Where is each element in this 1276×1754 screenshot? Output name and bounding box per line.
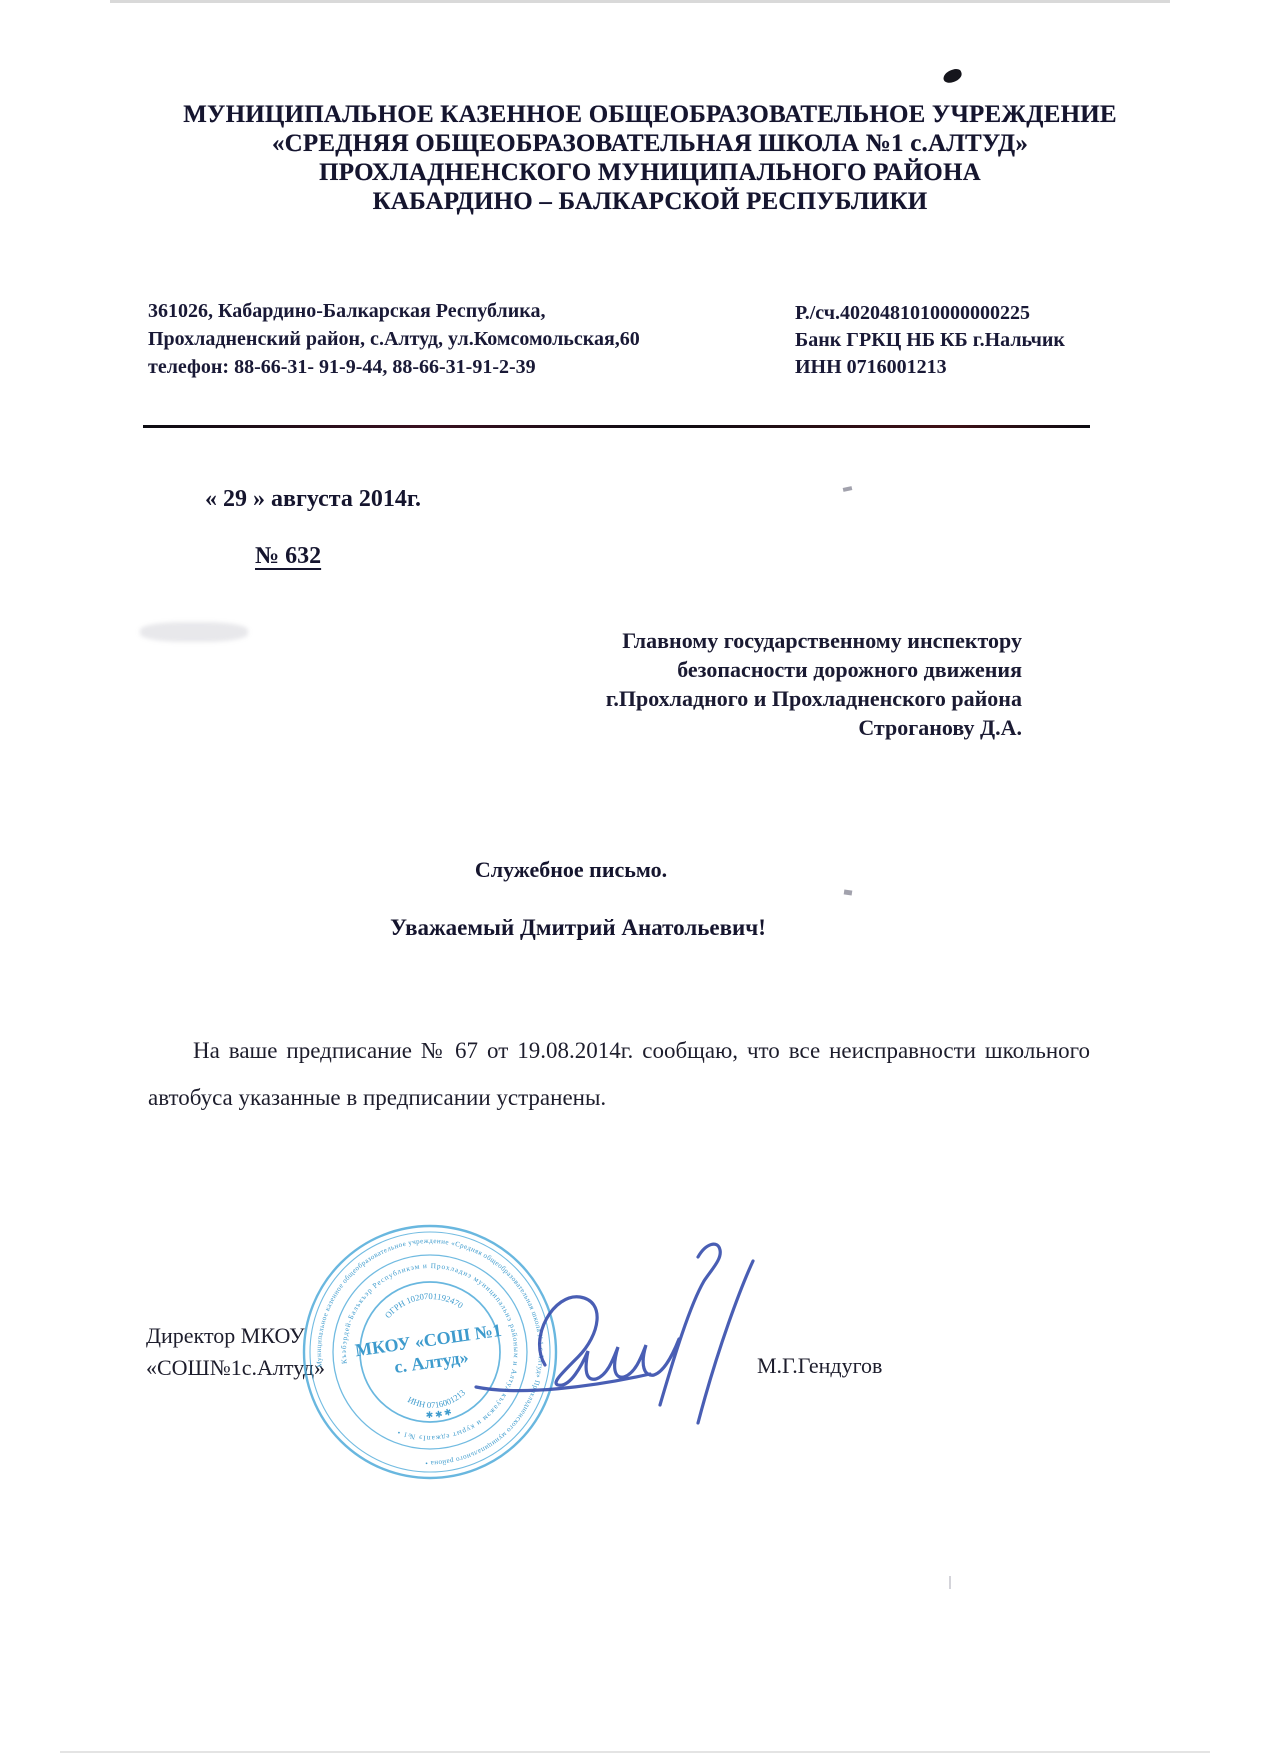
signer-title: Директор МКОУ «СОШ№1с.Алтуд» <box>146 1320 325 1384</box>
scanned-letter-page: МУНИЦИПАЛЬНОЕ КАЗЕННОЕ ОБЩЕОБРАЗОВАТЕЛЬН… <box>0 0 1276 1754</box>
signer-title-line-2: «СОШ№1с.Алтуд» <box>146 1352 325 1384</box>
letterhead-line-3: ПРОХЛАДНЕНСКОГО МУНИЦИПАЛЬНОГО РАЙОНА <box>60 158 1240 187</box>
bank-line-1: Р./сч.4020481010000000225 <box>795 300 1125 327</box>
addressee-line-4: Строганову Д.А. <box>540 713 1022 742</box>
letterhead-line-1: МУНИЦИПАЛЬНОЕ КАЗЕННОЕ ОБЩЕОБРАЗОВАТЕЛЬН… <box>60 100 1240 129</box>
signature-slash <box>698 1261 753 1423</box>
signer-name: М.Г.Гендугов <box>757 1353 882 1379</box>
scan-speck <box>949 1576 951 1589</box>
address-line-3: телефон: 88-66-31- 91-9-44, 88-66-31-91-… <box>148 353 728 381</box>
addressee-line-3: г.Прохладного и Прохладненского района <box>540 684 1022 713</box>
letter-date: « 29 » августа 2014г. <box>205 486 421 513</box>
letter-subject: Служебное письмо. <box>0 857 1142 883</box>
signer-title-line-1: Директор МКОУ <box>146 1320 325 1352</box>
scan-speck <box>844 889 853 895</box>
scan-speck <box>843 486 853 492</box>
letterhead-divider-line <box>143 425 1090 428</box>
bank-line-2: Банк ГРКЦ НБ КБ г.Нальчик <box>795 327 1125 354</box>
addressee-line-2: безопасности дорожного движения <box>540 655 1022 684</box>
scan-edge-artifact-bottom <box>60 1751 1210 1753</box>
address-line-2: Прохладненский район, с.Алтуд, ул.Комсом… <box>148 325 728 353</box>
signature-scribble <box>540 1297 679 1386</box>
handwritten-signature <box>460 1225 790 1455</box>
letterhead-line-4: КАБАРДИНО – БАЛКАРСКОЙ РЕСПУБЛИКИ <box>60 187 1240 216</box>
letterhead: МУНИЦИПАЛЬНОЕ КАЗЕННОЕ ОБЩЕОБРАЗОВАТЕЛЬН… <box>60 100 1240 216</box>
bank-details-block: Р./сч.4020481010000000225 Банк ГРКЦ НБ К… <box>795 300 1125 381</box>
letterhead-line-2: «СРЕДНЯЯ ОБЩЕОБРАЗОВАТЕЛЬНАЯ ШКОЛА №1 с.… <box>60 129 1240 158</box>
scan-edge-artifact-top <box>110 0 1170 3</box>
addressee-line-1: Главному государственному инспектору <box>540 626 1022 655</box>
addressee-block: Главному государственному инспектору без… <box>540 626 1022 742</box>
ink-blot-artifact <box>942 67 964 84</box>
pencil-smudge-artifact <box>140 622 248 642</box>
letter-body: На ваше предписание № 67 от 19.08.2014г.… <box>148 1027 1090 1121</box>
salutation: Уважаемый Дмитрий Анатольевич! <box>0 915 1156 941</box>
bank-line-3: ИНН 0716001213 <box>795 354 1125 381</box>
address-line-1: 361026, Кабардино-Балкарская Республика, <box>148 297 728 325</box>
stamp-ogrn-text: ОГРН 1020701192470 <box>380 1286 466 1321</box>
address-block: 361026, Кабардино-Балкарская Республика,… <box>148 297 728 381</box>
letter-number: № 632 <box>255 543 321 570</box>
